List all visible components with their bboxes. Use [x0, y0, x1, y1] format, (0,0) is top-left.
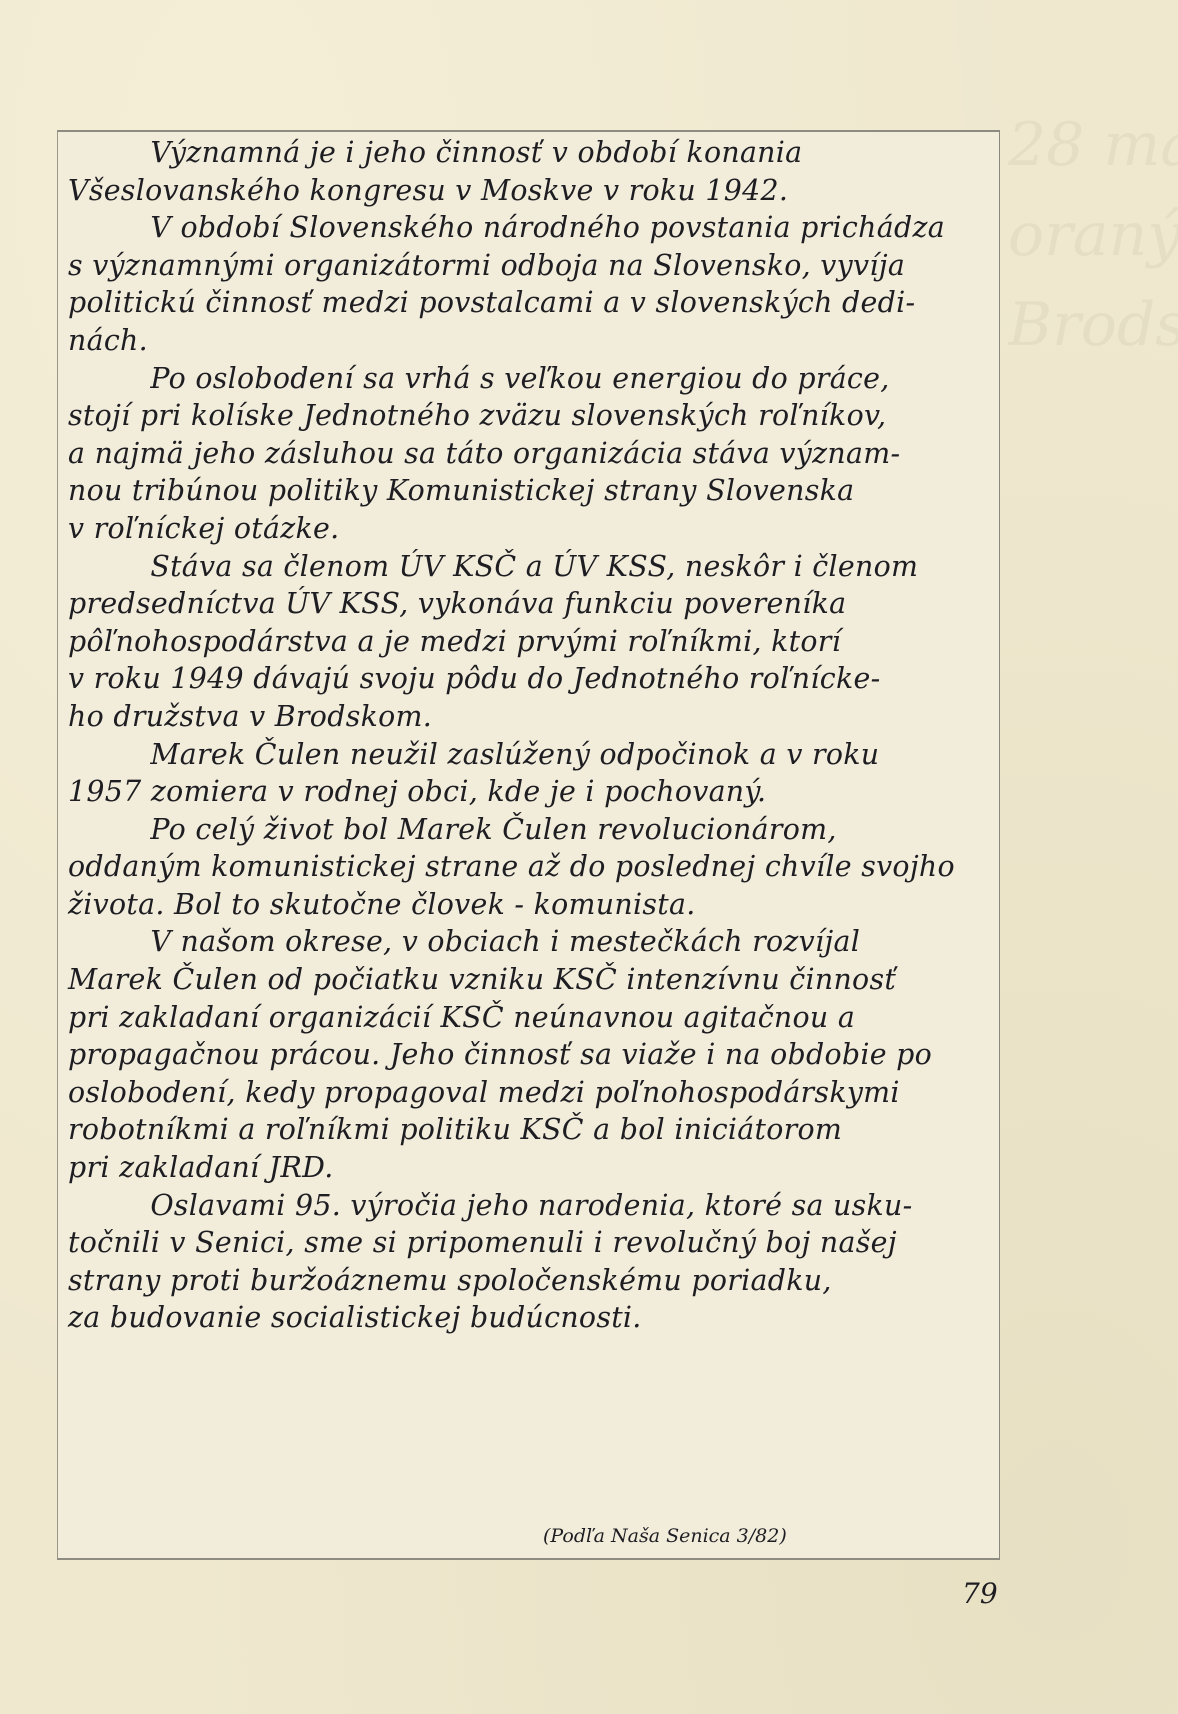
text-line: oddaným komunistickej strane až do posle…: [68, 848, 971, 886]
text-line: Všeslovanského kongresu v Moskve v roku …: [68, 172, 971, 210]
text-line: Významná je i jeho činnosť v období kona…: [68, 134, 971, 172]
text-line: Stáva sa členom ÚV KSČ a ÚV KSS, neskôr …: [68, 548, 971, 586]
page-number: 79: [962, 1577, 998, 1610]
text-line: točnili v Senici, sme si pripomenuli i r…: [68, 1224, 971, 1262]
text-line: strany proti buržoáznemu spoločenskému p…: [68, 1262, 971, 1300]
handwritten-text-box: Významná je i jeho činnosť v období kona…: [57, 130, 1000, 1560]
text-line: 1957 zomiera v rodnej obci, kde je i poc…: [68, 773, 971, 811]
text-line: nou tribúnou politiky Komunistickej stra…: [68, 472, 971, 510]
text-line: pôľnohospodárstva a je medzi prvými roľn…: [68, 623, 971, 661]
text-line: ho družstva v Brodskom.: [68, 698, 971, 736]
text-line: predsedníctva ÚV KSS, vykonáva funkciu p…: [68, 585, 971, 623]
handwritten-lines: Významná je i jeho činnosť v období kona…: [68, 134, 989, 1337]
text-line: stojí pri kolíske Jednotného zväzu slove…: [68, 397, 971, 435]
text-line: za budovanie socialistickej budúcnosti.: [68, 1299, 971, 1337]
text-line: pri zakladaní organizácií KSČ neúnavnou …: [68, 999, 971, 1037]
source-citation: (Podľa Naša Senica 3/82): [543, 1525, 787, 1547]
document-page: 28 maroranýchBrods Významná je i jeho či…: [0, 0, 1178, 1714]
text-line: propagačnou prácou. Jeho činnosť sa viaž…: [68, 1036, 971, 1074]
text-line: a najmä jeho zásluhou sa táto organizáci…: [68, 435, 971, 473]
text-line: nách.: [68, 322, 971, 360]
text-line: politickú činnosť medzi povstalcami a v …: [68, 284, 971, 322]
text-line: V našom okrese, v obciach i mestečkách r…: [68, 923, 971, 961]
text-line: Marek Čulen od počiatku vzniku KSČ inten…: [68, 961, 971, 999]
text-line: oslobodení, kedy propagoval medzi poľnoh…: [68, 1074, 971, 1112]
text-line: robotníkmi a roľníkmi politiku KSČ a bol…: [68, 1111, 971, 1149]
text-line: v roľníckej otázke.: [68, 510, 971, 548]
text-line: s významnými organizátormi odboja na Slo…: [68, 247, 971, 285]
text-line: života. Bol to skutočne človek - komunis…: [68, 886, 971, 924]
text-line: Po oslobodení sa vrhá s veľkou energiou …: [68, 360, 971, 398]
bleed-through-text: 28 maroranýchBrods: [1008, 100, 1178, 1500]
text-line: Po celý život bol Marek Čulen revolucion…: [68, 811, 971, 849]
text-line: Oslavami 95. výročia jeho narodenia, kto…: [68, 1187, 971, 1225]
text-line: V období Slovenského národného povstania…: [68, 209, 971, 247]
text-line: v roku 1949 dávajú svoju pôdu do Jednotn…: [68, 660, 971, 698]
text-line: pri zakladaní JRD.: [68, 1149, 971, 1187]
text-line: Marek Čulen neužil zaslúžený odpočinok a…: [68, 736, 971, 774]
